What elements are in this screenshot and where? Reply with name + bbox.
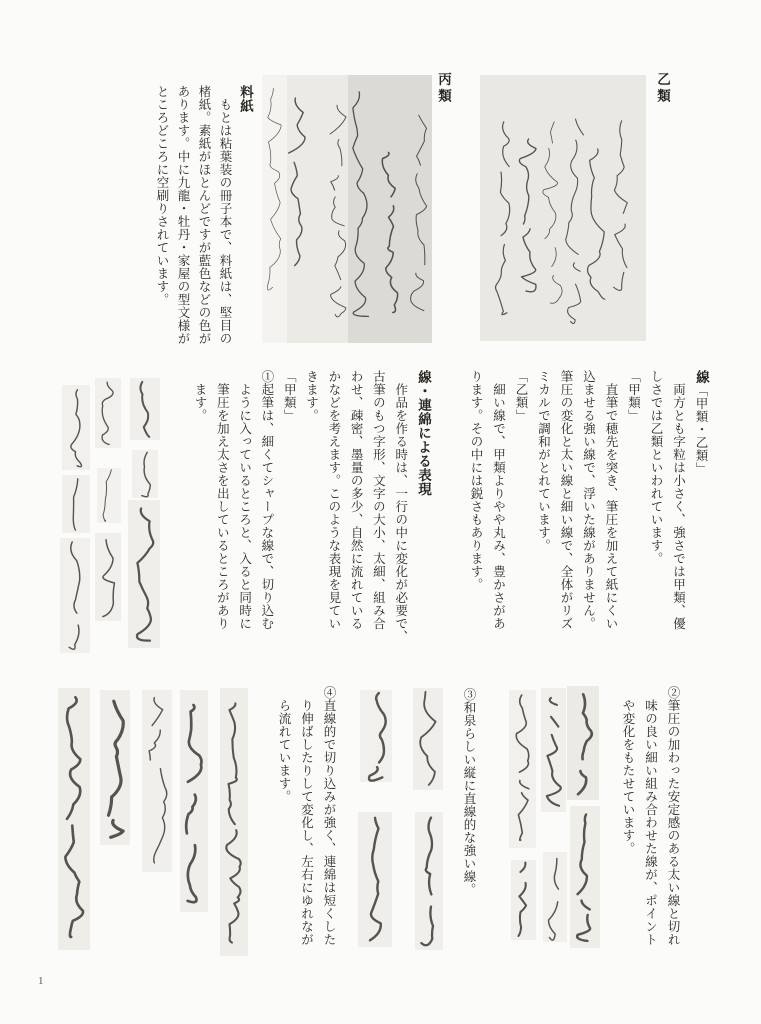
text-line: ミカルで調和がとれています。 <box>532 370 555 630</box>
calligraphy-strip <box>543 852 567 942</box>
text-line: ように入っているところと、入ると同時に <box>233 370 255 643</box>
calligraphy-strip <box>180 690 208 912</box>
page-number: 1 <box>38 975 44 987</box>
text-line: ります。その中には鋭さもあります。 <box>465 370 488 630</box>
text-line: 直筆で穂先を突き、筆圧を加えて紙にくい <box>600 370 623 630</box>
section-ryoshi-heading: 料紙 <box>235 85 256 345</box>
text-line: り伸ばしたりして変化し、左右にゆれなが <box>295 686 318 946</box>
label-otsu-class: 乙類 <box>652 72 672 105</box>
text-line: ④直線的で切り込みが強く、連綿は短くした <box>318 686 341 946</box>
text-line: 古筆のもつ字形、文字の大小、太細、組み合 <box>367 370 389 643</box>
calligraphy-strip <box>100 690 130 845</box>
text-line: ③和泉らしい縦に直線的な強い線。 <box>458 688 481 896</box>
calligraphy-strokes <box>480 75 646 341</box>
section-sen-heading-sub: 「甲類・乙類」 <box>694 384 708 475</box>
text-line: 細い線で、甲類よりやや丸み、豊かさがあ <box>487 370 510 630</box>
calligraphy-strip <box>132 450 158 498</box>
calligraphy-strip <box>142 690 172 872</box>
text-line: 筆圧の変化と太い線と細い線で、全体がリズ <box>555 370 578 630</box>
calligraphy-strip <box>58 688 90 950</box>
item-3-text: ③和泉らしい縦に直線的な強い線。 <box>458 688 481 896</box>
calligraphy-strip <box>570 806 600 948</box>
text-line: 「甲類」 <box>622 370 645 630</box>
text-line: 両方とも字粒は小さく、強さでは甲類、優 <box>667 370 690 630</box>
section-sen: 線「甲類・乙類」 両方とも字粒は小さく、強さでは甲類、優 しさでは乙類といわれて… <box>465 370 713 630</box>
calligraphy-sample-hei-1 <box>348 75 432 343</box>
calligraphy-strip <box>60 538 90 653</box>
calligraphy-strip <box>128 500 160 648</box>
section-ryoshi: 料紙 もとは粘葉装の冊子本で、料紙は、堅目の 楮紙。素紙がほとんどですが藍色など… <box>151 85 256 345</box>
item-4-text: ④直線的で切り込みが強く、連綿は短くした り伸ばしたりして変化し、左右にゆれなが… <box>273 686 341 946</box>
section-sen-heading-line: 線「甲類・乙類」 <box>690 370 713 630</box>
calligraphy-strip <box>220 688 248 956</box>
calligraphy-strip <box>95 378 121 448</box>
text-line: 「甲類」 <box>278 370 300 643</box>
calligraphy-strip <box>358 812 392 947</box>
section-renmen: 線・連綿による表現 作品を作る時は、一行の中に変化が必要で、 古筆のもつ字形、文… <box>189 370 434 643</box>
text-line: ところどころに空刷りされています。 <box>151 85 172 345</box>
calligraphy-strip <box>567 686 599 800</box>
calligraphy-sample-hei-2 <box>287 75 348 343</box>
text-line: や変化をもたせています。 <box>617 686 640 946</box>
calligraphy-strip <box>541 688 566 812</box>
calligraphy-strip <box>95 533 121 621</box>
text-line: もとは粘葉装の冊子本で、料紙は、堅目の <box>214 85 235 345</box>
calligraphy-strip <box>130 378 160 440</box>
text-line: あります。中に九龍・牡丹・家屋の型文様が <box>172 85 193 345</box>
section-sen-heading: 線 <box>694 370 709 384</box>
calligraphy-sample-otsu <box>480 75 646 341</box>
text-line: ①起筆は、細くてシャープな線で、切り込む <box>256 370 278 643</box>
calligraphy-strip <box>511 860 536 940</box>
calligraphy-strip <box>62 385 90 470</box>
text-line: かなどを考えます。このような表現を見てい <box>323 370 345 643</box>
text-line: しさでは乙類といわれています。 <box>645 370 668 630</box>
text-line: ます。 <box>189 370 211 643</box>
text-line: 「乙類」 <box>510 370 533 630</box>
text-line: 作品を作る時は、一行の中に変化が必要で、 <box>389 370 411 643</box>
item-2-text: ②筆圧の加わった安定感のある太い線と切れ 味の良い細い組み合わせた線が、ポイント… <box>617 686 685 946</box>
text-line: きます。 <box>300 370 322 643</box>
calligraphy-strip <box>62 475 90 533</box>
calligraphy-strip <box>509 690 536 848</box>
calligraphy-strip <box>413 688 443 790</box>
calligraphy-strip <box>360 690 392 782</box>
text-line: 筆圧を加え太さを出しているところがあり <box>211 370 233 643</box>
calligraphy-strip <box>97 468 121 523</box>
text-line: 込ませる強い線で、浮いた線がありません。 <box>577 370 600 630</box>
text-line: わせ、疎密、墨量の多少、自然に流れている <box>345 370 367 643</box>
text-line: 味の良い細い組み合わせた線が、ポイント <box>639 686 662 946</box>
calligraphy-strip <box>415 812 443 950</box>
text-line: ②筆圧の加わった安定感のある太い線と切れ <box>662 686 685 946</box>
label-hei-class: 丙類 <box>433 72 453 105</box>
text-line: ら流れています。 <box>273 686 296 946</box>
calligraphy-sample-hei-3 <box>262 75 287 343</box>
text-line: 楮紙。素紙がほとんどですが藍色などの色が <box>193 85 214 345</box>
section-renmen-heading: 線・連綿による表現 <box>412 370 434 643</box>
